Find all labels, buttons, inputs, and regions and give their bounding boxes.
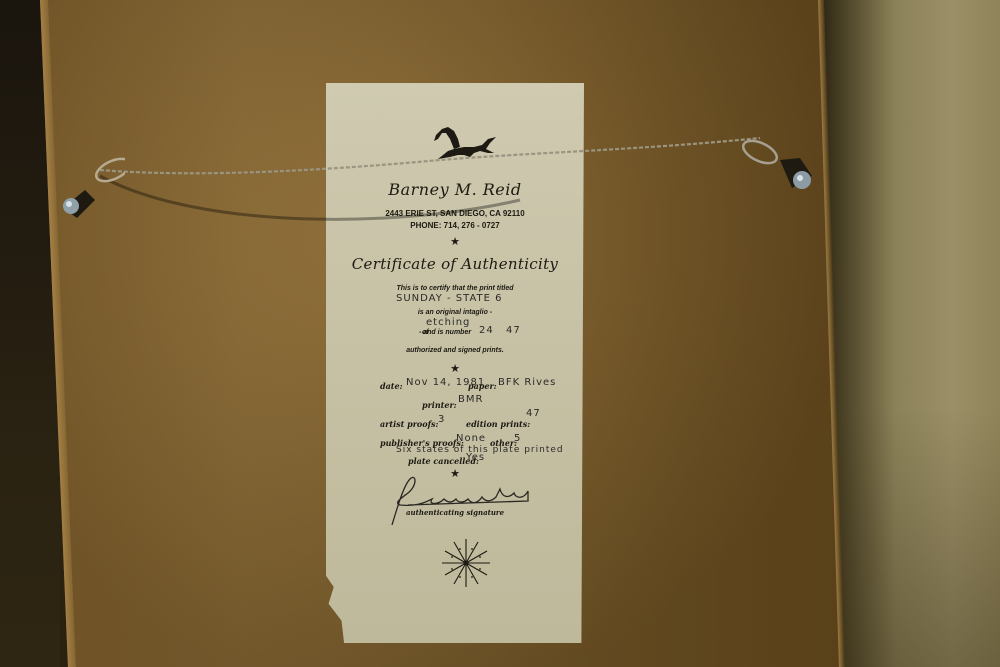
edition-total: 47: [506, 325, 521, 336]
paper-label: paper:: [468, 381, 497, 391]
artist-signature: [388, 475, 538, 527]
printer-value: BMR: [458, 394, 483, 405]
certify-text: This is to certify that the print titled: [326, 285, 584, 292]
artist-name: Barney M. Reid: [326, 180, 584, 199]
number-text: - and is number: [306, 329, 584, 336]
certificate-of-authenticity: Barney M. Reid 2443 ERIE ST, SAN DIEGO, …: [326, 83, 584, 643]
starburst-icon: [441, 538, 491, 588]
signature-label: authenticating signature: [406, 508, 504, 517]
authorized-text: authorized and signed prints.: [326, 347, 584, 354]
print-title: SUNDAY - STATE 6: [396, 293, 503, 304]
printer-label: printer:: [422, 400, 457, 410]
edition-prints-value: 47: [526, 408, 541, 419]
of-text: of: [422, 329, 429, 336]
edition-number: 24: [479, 325, 494, 336]
star-icon: ★: [326, 235, 584, 248]
horse-icon: [430, 125, 500, 163]
artist-proofs-label: artist proofs:: [380, 419, 439, 429]
certificate-title: Certificate of Authenticity: [326, 255, 584, 273]
left-hanger-hook: [55, 150, 125, 225]
plate-cancelled-value: Yes: [466, 452, 485, 463]
artist-phone: PHONE: 714, 276 - 0727: [326, 221, 584, 230]
publishers-proofs-value: None: [456, 433, 486, 444]
star-icon: ★: [326, 362, 584, 375]
right-hanger-hook: [742, 130, 822, 200]
intaglio-text: is an original intaglio -: [326, 309, 584, 316]
artist-address: 2443 ERIE ST, SAN DIEGO, CA 92110: [326, 209, 584, 218]
artist-proofs-value: 3: [438, 414, 445, 425]
paper-value: BFK Rives: [498, 377, 556, 388]
technique: etching: [426, 317, 470, 328]
edition-prints-label: edition prints:: [466, 419, 530, 429]
date-label: date:: [380, 381, 403, 391]
other-value: 5: [514, 433, 521, 444]
